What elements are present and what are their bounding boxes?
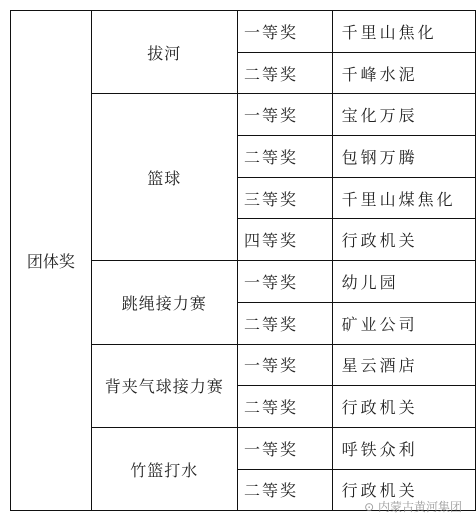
winner-cell: 星云酒店 <box>332 344 475 386</box>
winner-cell: 千里山焦化 <box>332 11 475 53</box>
rank-cell: 四等奖 <box>237 219 332 261</box>
rank-cell: 一等奖 <box>237 344 332 386</box>
event-cell: 篮球 <box>91 94 237 261</box>
event-cell: 拔河 <box>91 11 237 94</box>
category-cell: 团体奖 <box>11 11 92 511</box>
winner-cell: 矿业公司 <box>332 302 475 344</box>
rank-cell: 一等奖 <box>237 11 332 53</box>
rank-cell: 二等奖 <box>237 386 332 428</box>
winner-cell: 幼儿园 <box>332 261 475 303</box>
winner-cell: 行政机关 <box>332 219 475 261</box>
winner-cell: 宝化万辰 <box>332 94 475 136</box>
rank-cell: 二等奖 <box>237 136 332 178</box>
winner-cell: 包钢万腾 <box>332 136 475 178</box>
winner-cell: 呼铁众利 <box>332 427 475 469</box>
rank-cell: 一等奖 <box>237 427 332 469</box>
event-cell: 竹篮打水 <box>91 427 237 510</box>
awards-table: 团体奖 拔河 一等奖 千里山焦化 二等奖 千峰水泥 篮球 一等奖 宝化万辰 二等… <box>10 10 476 511</box>
winner-cell: 千里山煤焦化 <box>332 177 475 219</box>
winner-cell: 千峰水泥 <box>332 52 475 94</box>
rank-cell: 一等奖 <box>237 261 332 303</box>
wechat-icon: ⊙ <box>364 500 374 514</box>
watermark-text: 内蒙古黄河集团 <box>378 500 462 514</box>
event-cell: 跳绳接力赛 <box>91 261 237 344</box>
rank-cell: 二等奖 <box>237 302 332 344</box>
event-cell: 背夹气球接力赛 <box>91 344 237 427</box>
watermark: ⊙ 内蒙古黄河集团 <box>364 498 462 515</box>
rank-cell: 三等奖 <box>237 177 332 219</box>
rank-cell: 一等奖 <box>237 94 332 136</box>
rank-cell: 二等奖 <box>237 469 332 511</box>
rank-cell: 二等奖 <box>237 52 332 94</box>
table-row: 团体奖 拔河 一等奖 千里山焦化 <box>11 11 476 53</box>
winner-cell: 行政机关 <box>332 386 475 428</box>
